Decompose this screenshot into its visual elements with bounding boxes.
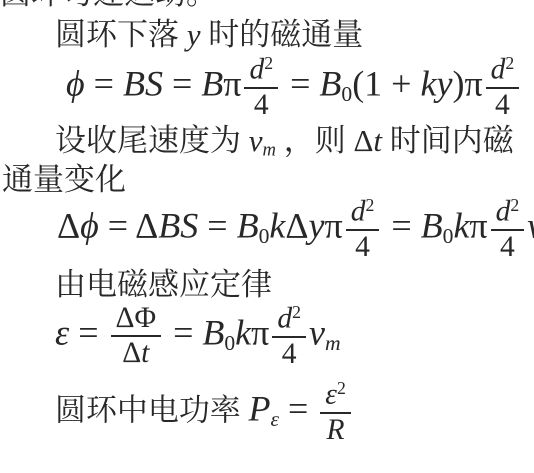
line-electric-power-token-it: R — [327, 414, 345, 446]
clipped-top-line-token-cn: 圆环匀速运动。 — [0, 0, 217, 11]
line-terminal-velocity-token-it: t — [373, 123, 382, 158]
line-terminal-velocity-token-cn: 设收尾速度为 — [55, 123, 249, 158]
formula-delta-flux-token-rm: Δ — [285, 206, 308, 246]
line-flux-when-fallen: 圆环下落 y 时的磁通量 — [55, 17, 363, 53]
formula-delta-flux-token-it: B — [237, 206, 259, 246]
fraction-numerator: ε2 — [320, 379, 351, 414]
formula-delta-flux-token-rm: 4 — [355, 231, 370, 263]
line-terminal-velocity-token-it: v — [249, 123, 263, 158]
formula-emf-token-rm: Δ — [122, 337, 141, 369]
formula-delta-flux-token-it: v — [527, 206, 534, 246]
formula-emf-token-sup: 2 — [292, 302, 301, 322]
line-terminal-velocity-token-cn: 时间内磁 — [382, 123, 514, 158]
formula-emf-token-rm: ΔΦ — [116, 302, 157, 334]
formula-flux-token-sup: 2 — [505, 53, 514, 73]
fraction: d24 — [272, 303, 306, 370]
line-flux-when-fallen-token-cn: 时的磁通量 — [201, 17, 364, 52]
formula-flux-token-it: d — [249, 54, 264, 86]
formula-flux-token-sup: 2 — [264, 53, 273, 73]
formula-delta-flux-token-it: d — [496, 196, 511, 228]
line-flux-when-fallen-token-it: y — [187, 17, 201, 52]
formula-delta-flux-token-rsub: 0 — [259, 224, 270, 248]
line-electric-power-token-cn: 圆环中电功率 — [55, 393, 248, 428]
fraction: d24 — [486, 54, 520, 121]
fraction-denominator: 4 — [254, 89, 269, 121]
formula-emf-token-it: d — [277, 303, 292, 335]
line-terminal-velocity-token-cn: ，则 — [276, 123, 354, 158]
formula-flux-token-it: B — [319, 64, 341, 104]
fraction: d24 — [491, 196, 525, 263]
fraction-denominator: 4 — [282, 338, 297, 370]
line-terminal-velocity: 设收尾速度为 vm ，则 Δt 时间内磁 — [55, 123, 514, 161]
line-electric-power-token-rm: = — [279, 389, 317, 429]
formula-emf-token-sub: m — [325, 331, 341, 355]
fraction-denominator: 4 — [500, 231, 515, 263]
formula-flux-token-rm: 4 — [495, 89, 510, 121]
fraction-numerator: d2 — [244, 54, 278, 89]
formula-emf-token-it: ε — [55, 313, 69, 353]
line-flux-change-token-cn: 通量变化 — [2, 162, 126, 197]
formula-emf-token-rm: = — [69, 313, 107, 353]
fraction-denominator: 4 — [355, 231, 370, 263]
formula-flux-token-it: ky — [420, 64, 452, 104]
formula-delta-flux-token-sup: 2 — [510, 195, 519, 215]
formula-flux-token-it: B — [201, 64, 223, 104]
clipped-top-line: 圆环匀速运动。 — [0, 0, 217, 12]
formula-delta-flux-token-rm: = — [382, 206, 420, 246]
formula-flux-token-rm: )π — [452, 64, 482, 104]
formula-flux-token-rsub: 0 — [341, 82, 352, 106]
fraction-denominator: Δt — [122, 337, 149, 369]
formula-delta-flux-token-it: BS — [158, 206, 198, 246]
formula-flux-token-rm: π — [223, 64, 241, 104]
fraction: d24 — [244, 54, 278, 121]
line-electric-power-token-it: ε — [325, 379, 337, 411]
formula-flux-token-it: BS — [123, 64, 163, 104]
line-flux-change: 通量变化 — [2, 162, 126, 198]
formula-flux-token-it: d — [491, 54, 506, 86]
formula-delta-flux-token-rm: Δ — [135, 206, 158, 246]
line-electric-power: 圆环中电功率 Pε = ε2R — [55, 379, 354, 446]
line-electric-power-token-it: P — [248, 389, 270, 429]
line-emf-law-token-cn: 由电磁感应定律 — [55, 267, 272, 302]
formula-delta-flux-token-rsub: 0 — [443, 224, 454, 248]
formula-delta-flux-token-rm: = — [99, 206, 135, 246]
formula-flux-token-rm: = — [163, 64, 201, 104]
formula-delta-flux-token-rm: Δ — [57, 206, 80, 246]
formula-emf-token-rm: π — [251, 313, 269, 353]
document-page: 圆环匀速运动。圆环下落 y 时的磁通量ϕ = BS = Bπd24 = B0(1… — [0, 0, 534, 473]
fraction-numerator: d2 — [486, 54, 520, 89]
fraction: d24 — [346, 196, 380, 263]
fraction-numerator: ΔΦ — [111, 303, 162, 337]
formula-delta-flux-token-it: B — [421, 206, 443, 246]
formula-delta-flux-token-it: ϕ — [80, 206, 99, 246]
formula-emf-token-rm: 4 — [282, 338, 297, 370]
line-electric-power-token-sub: ε — [270, 407, 279, 431]
formula-emf-token-rm: = — [164, 313, 202, 353]
formula-delta-flux-token-it: k — [453, 206, 469, 246]
formula-flux-token-rm: (1 + — [352, 64, 420, 104]
formula-flux-token-rm: = — [85, 64, 123, 104]
line-electric-power-token-sup: 2 — [337, 378, 346, 398]
fraction-denominator: R — [327, 414, 345, 446]
formula-delta-flux: Δϕ = ΔBS = B0kΔyπd24 = B0kπd24vmΔt — [57, 196, 534, 263]
formula-delta-flux-token-rm: π — [325, 206, 343, 246]
formula-flux: ϕ = BS = Bπd24 = B0(1 + ky)πd24 — [66, 54, 522, 121]
formula-delta-flux-token-rm: 4 — [500, 231, 515, 263]
formula-delta-flux-token-it: k — [269, 206, 285, 246]
line-flux-when-fallen-token-cn: 圆环下落 — [55, 17, 187, 52]
formula-flux-token-rm: = — [281, 64, 319, 104]
fraction-numerator: d2 — [491, 196, 525, 231]
formula-delta-flux-token-rm: π — [469, 206, 487, 246]
formula-emf-token-it: k — [235, 313, 251, 353]
formula-flux-token-it: ϕ — [66, 64, 85, 104]
formula-emf: ε = ΔΦΔt = B0kπd24vm — [55, 303, 341, 370]
line-terminal-velocity-token-rm: Δ — [353, 123, 373, 158]
formula-delta-flux-token-it: y — [309, 206, 325, 246]
line-terminal-velocity-token-sub: m — [263, 140, 276, 161]
line-emf-law: 由电磁感应定律 — [55, 267, 272, 303]
formula-delta-flux-token-sup: 2 — [365, 195, 374, 215]
formula-emf-token-it: v — [309, 313, 325, 353]
fraction: ΔΦΔt — [111, 303, 162, 369]
formula-emf-token-it: B — [202, 313, 224, 353]
fraction-numerator: d2 — [272, 303, 306, 338]
formula-emf-token-rsub: 0 — [224, 331, 235, 355]
fraction: ε2R — [320, 379, 351, 446]
formula-flux-token-rm: 4 — [254, 89, 269, 121]
formula-delta-flux-token-rm: = — [198, 206, 236, 246]
formula-emf-token-it: t — [141, 337, 149, 369]
formula-delta-flux-token-it: d — [351, 196, 366, 228]
fraction-numerator: d2 — [346, 196, 380, 231]
fraction-denominator: 4 — [495, 89, 510, 121]
